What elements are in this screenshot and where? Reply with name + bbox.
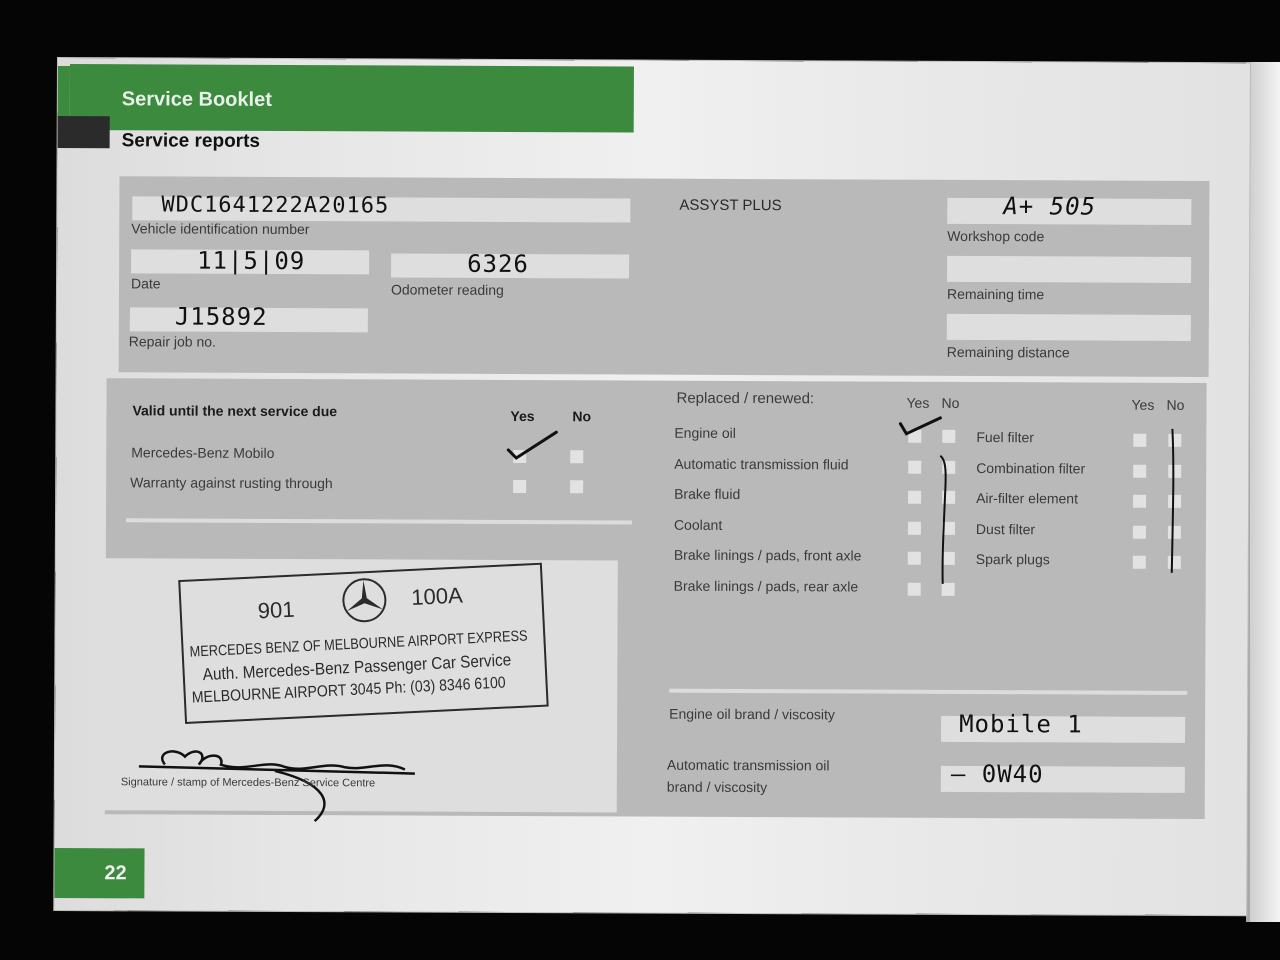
coolant-yes-checkbox[interactable] [908, 521, 921, 534]
replaced-item-air-filter-element: Air-filter element [976, 490, 1078, 506]
brake-linings-pads-front-axle-yes-checkbox[interactable] [908, 552, 921, 565]
replaced-title: Replaced / renewed: [676, 390, 814, 408]
replaced-item-brake-linings-pads-rear-axle: Brake linings / pads, rear axle [674, 577, 859, 594]
rust-warranty-yes-checkbox[interactable] [513, 480, 526, 493]
replaced-no-header: No [941, 395, 959, 411]
automatic-transmission-fluid-yes-checkbox[interactable] [908, 460, 921, 473]
workshop-code-value: A+ 505 [1003, 192, 1096, 220]
section-title: Service reports [122, 130, 260, 153]
odometer-label: Odometer reading [391, 281, 504, 297]
assyst-title: ASSYST PLUS [679, 197, 781, 214]
odometer-value: 6326 [467, 250, 529, 278]
replaced-item-coolant: Coolant [674, 516, 722, 532]
facing-page [1250, 62, 1280, 922]
replaced-left-list: Engine oilAutomatic transmission fluidBr… [58, 58, 1250, 63]
booklet-title: Service Booklet [122, 88, 272, 112]
replaced-item-dust-filter: Dust filter [976, 521, 1035, 537]
fuel-filter-yes-checkbox[interactable] [1133, 434, 1146, 447]
replaced-yes-header-right: Yes [1131, 397, 1154, 413]
mercedes-star-icon [340, 576, 388, 624]
remaining-time-label: Remaining time [947, 286, 1044, 302]
combination-filter-yes-checkbox[interactable] [1133, 464, 1146, 477]
mobilo-no-checkbox[interactable] [570, 450, 583, 463]
stamp-left-code: 901 [257, 597, 295, 625]
dust-filter-yes-checkbox[interactable] [1133, 525, 1146, 538]
rust-warranty-no-checkbox[interactable] [570, 480, 583, 493]
transmission-oil-value: — 0W40 [951, 760, 1044, 788]
replaced-no-header-right: No [1166, 397, 1184, 413]
no-column-line-mark [936, 454, 957, 594]
stamp-right-code: 100A [411, 583, 464, 611]
no-column-line-mark-right [1164, 427, 1185, 577]
transmission-oil-label-line1: Automatic transmission oil [667, 757, 830, 774]
date-value: 11|5|09 [197, 247, 305, 275]
engine-oil-value: Mobile 1 [959, 710, 1083, 739]
vin-label: Vehicle identification number [131, 220, 309, 237]
replaced-item-engine-oil: Engine oil [674, 425, 736, 441]
date-label: Date [131, 275, 161, 291]
service-booklet-page: Service Booklet Service reports WDC16412… [54, 58, 1250, 915]
checkmark-icon [896, 412, 946, 442]
air-filter-element-yes-checkbox[interactable] [1133, 495, 1146, 508]
repair-job-value: J15892 [175, 303, 268, 331]
validity-title: Valid until the next service due [132, 402, 337, 419]
section-marker [58, 116, 110, 148]
remaining-distance-field[interactable] [947, 314, 1191, 341]
remaining-distance-label: Remaining distance [947, 344, 1070, 361]
signature-label: Signature / stamp of Mercedes-Benz Servi… [121, 776, 375, 789]
engine-oil-label: Engine oil brand / viscosity [669, 706, 835, 723]
vin-value: WDC1641222A20165 [161, 192, 389, 218]
validity-yes-header: Yes [510, 408, 534, 424]
page-number-tab [54, 848, 144, 898]
replaced-item-brake-fluid: Brake fluid [674, 486, 740, 502]
replaced-item-brake-linings-pads-front-axle: Brake linings / pads, front axle [674, 547, 862, 564]
replaced-item-spark-plugs: Spark plugs [976, 551, 1050, 567]
validity-item-mobilo: Mercedes-Benz Mobilo [131, 444, 274, 461]
checkmark-icon [504, 428, 564, 468]
workshop-code-label: Workshop code [947, 228, 1044, 244]
replaced-item-fuel-filter: Fuel filter [976, 429, 1034, 445]
dealer-stamp: 901 100A MERCEDES BENZ OF MELBOURNE AIRP… [178, 563, 548, 724]
replaced-yes-header: Yes [906, 395, 929, 411]
brake-linings-pads-rear-axle-yes-checkbox[interactable] [908, 582, 921, 595]
brake-fluid-yes-checkbox[interactable] [908, 491, 921, 504]
validity-no-header: No [572, 408, 591, 424]
spark-plugs-yes-checkbox[interactable] [1133, 556, 1146, 569]
transmission-oil-label-line2: brand / viscosity [667, 779, 767, 795]
validity-item-rust-warranty: Warranty against rusting through [130, 474, 333, 491]
replaced-right-list: Fuel filterCombination filterAir-filter … [58, 58, 1250, 63]
repair-job-label: Repair job no. [129, 333, 216, 349]
page-number: 22 [104, 862, 126, 885]
remaining-time-field[interactable] [947, 256, 1191, 283]
replaced-item-combination-filter: Combination filter [976, 460, 1085, 476]
replaced-item-automatic-transmission-fluid: Automatic transmission fluid [674, 455, 848, 472]
